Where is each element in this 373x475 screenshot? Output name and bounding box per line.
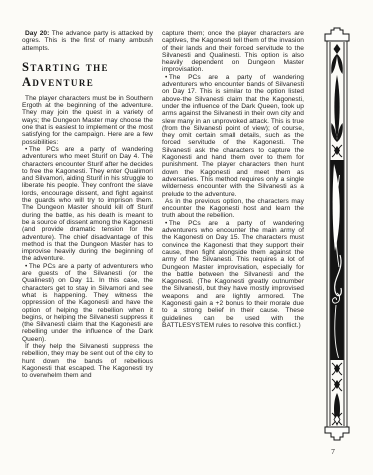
paragraph: The player characters must be in Souther… [22,95,153,146]
decorative-border-icon [320,27,354,441]
paragraph: If they help the Silvanesti suppress the… [22,343,153,379]
right-text-column: capture them; once the player characters… [162,30,304,379]
text-columns: Day 20: The advance party is attacked by… [22,30,304,379]
bullet-text: The PCs are a party of wandering adventu… [22,146,153,262]
bullet-text: The PCs are a party of wandering adventu… [162,74,304,198]
section-heading-starting-the-adventure: Starting the Adventure [22,60,153,90]
left-text-column: Day 20: The advance party is attacked by… [22,30,153,379]
bullet-marker: • [165,220,167,227]
bullet-paragraph: •The PCs are a party of wandering advent… [22,146,153,263]
bullet-marker: • [165,74,167,81]
paragraph: As in the previous option, the character… [162,198,304,220]
bullet-marker: • [25,146,27,153]
page-number: 7 [326,447,340,456]
paragraph-continued: capture them; once the player characters… [162,30,304,74]
bullet-text: The PCs are a party of adventurers who a… [22,263,153,343]
paragraph-day-20: Day 20: The advance party is attacked by… [22,30,153,52]
bullet-paragraph: •The PCs are a party of wandering advent… [162,220,304,329]
bullet-marker: • [25,263,27,270]
bullet-text: The PCs are a party of wandering adventu… [162,220,304,329]
day-20-label: Day 20: [25,30,49,37]
book-page: Day 20: The advance party is attacked by… [0,0,373,475]
bullet-paragraph: •The PCs are a party of adventurers who … [22,263,153,343]
bullet-paragraph: •The PCs are a party of wandering advent… [162,74,304,198]
